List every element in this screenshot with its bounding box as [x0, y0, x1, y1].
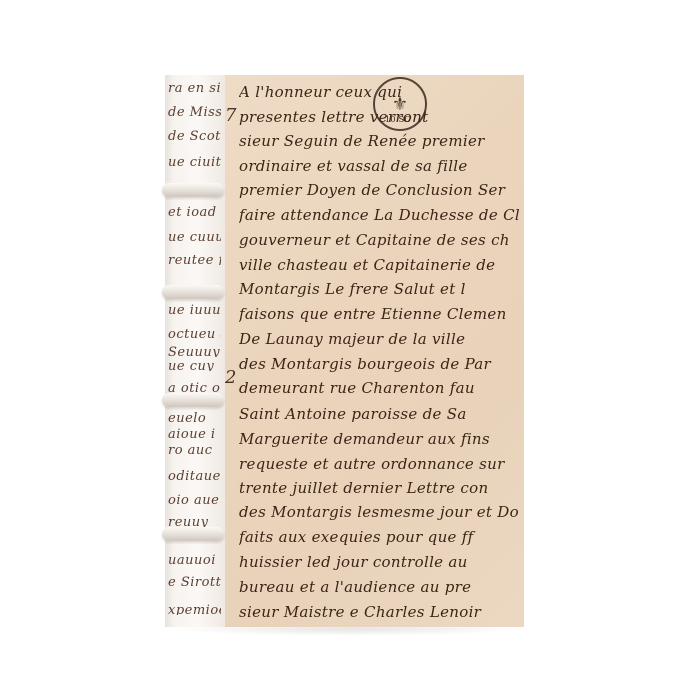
spine-text: ue iuuu — [168, 303, 221, 315]
spine-text: ro auc — [168, 443, 221, 455]
spine-text: oio aue — [168, 493, 221, 505]
manuscript-line: trente juillet dernier Lettre con — [239, 479, 524, 497]
manuscript-line: requeste et autre ordonnance sur — [239, 455, 524, 473]
manuscript-line: faits aux exequies pour que ff — [239, 528, 524, 546]
spine-text: ue cuy — [168, 359, 221, 371]
book-cover: ⚜ 10 SO 7 2 A l'honneur ceux qui present… — [225, 75, 524, 627]
spine-text: xpemioe — [168, 603, 221, 615]
spine-text: ra en sin — [168, 81, 221, 93]
book-spine: ra en sin de Missoire de Scotte ue ciuit… — [165, 75, 225, 627]
spine-raised-band — [162, 183, 224, 197]
spine-text: ue ciuiten — [168, 155, 221, 167]
spine-text: reuuy — [168, 515, 221, 527]
manuscript-line: presentes lettre verront — [239, 108, 524, 126]
spine-raised-band — [162, 393, 224, 407]
manuscript-line: premier Doyen de Conclusion Ser — [239, 181, 524, 199]
manuscript-line: bureau et a l'audience au pre — [239, 578, 524, 596]
manuscript-line: Saint Antoine paroisse de Sa — [239, 405, 524, 423]
spine-text: octueu a — [168, 327, 221, 339]
manuscript-line: ville chasteau et Capitainerie de — [239, 256, 524, 274]
manuscript-line: De Launay majeur de la ville — [239, 330, 524, 348]
manuscript-line: des Montargis lesmesme jour et Do — [239, 503, 524, 521]
manuscript-line: sieur Seguin de Renée premier — [239, 132, 524, 150]
spine-text: et ioad — [168, 205, 221, 217]
book: ra en sin de Missoire de Scotte ue ciuit… — [165, 75, 524, 627]
spine-text: Seuuuy — [168, 345, 221, 357]
spine-text: a otic ou — [168, 381, 221, 393]
manuscript-line: Marguerite demandeur aux fins — [239, 430, 524, 448]
manuscript-line: des Montargis bourgeois de Par — [239, 355, 524, 373]
margin-mark: 7 — [225, 105, 236, 126]
manuscript-line: huissier led jour controlle au — [239, 553, 524, 571]
spine-text: uauuoi — [168, 553, 221, 565]
manuscript-line: faire attendance La Duchesse de Cl — [239, 206, 524, 224]
manuscript-line: ordinaire et vassal de sa fille — [239, 157, 524, 175]
spine-text: reutee fi — [168, 253, 221, 265]
manuscript-line: sieur Maistre e Charles Lenoir — [239, 603, 524, 621]
manuscript-line: A l'honneur ceux qui — [239, 83, 524, 101]
manuscript-line: demeurant rue Charenton fau — [239, 379, 524, 397]
manuscript-line: Montargis Le frere Salut et l — [239, 280, 524, 298]
spine-raised-band — [162, 285, 224, 299]
spine-text: oditaue — [168, 469, 221, 481]
manuscript-line: gouverneur et Capitaine de ses ch — [239, 231, 524, 249]
spine-raised-band — [162, 527, 224, 541]
spine-text: e Sirotti — [168, 575, 221, 587]
spine-text: de Scotte — [168, 129, 221, 141]
manuscript-line: faisons que entre Etienne Clemen — [239, 305, 524, 323]
spine-text: euelo — [168, 411, 221, 423]
spine-text: ue cuuuen — [168, 230, 221, 242]
margin-mark: 2 — [225, 367, 236, 388]
spine-text: de Missoire — [168, 105, 221, 117]
spine-text: aioue i — [168, 427, 221, 439]
